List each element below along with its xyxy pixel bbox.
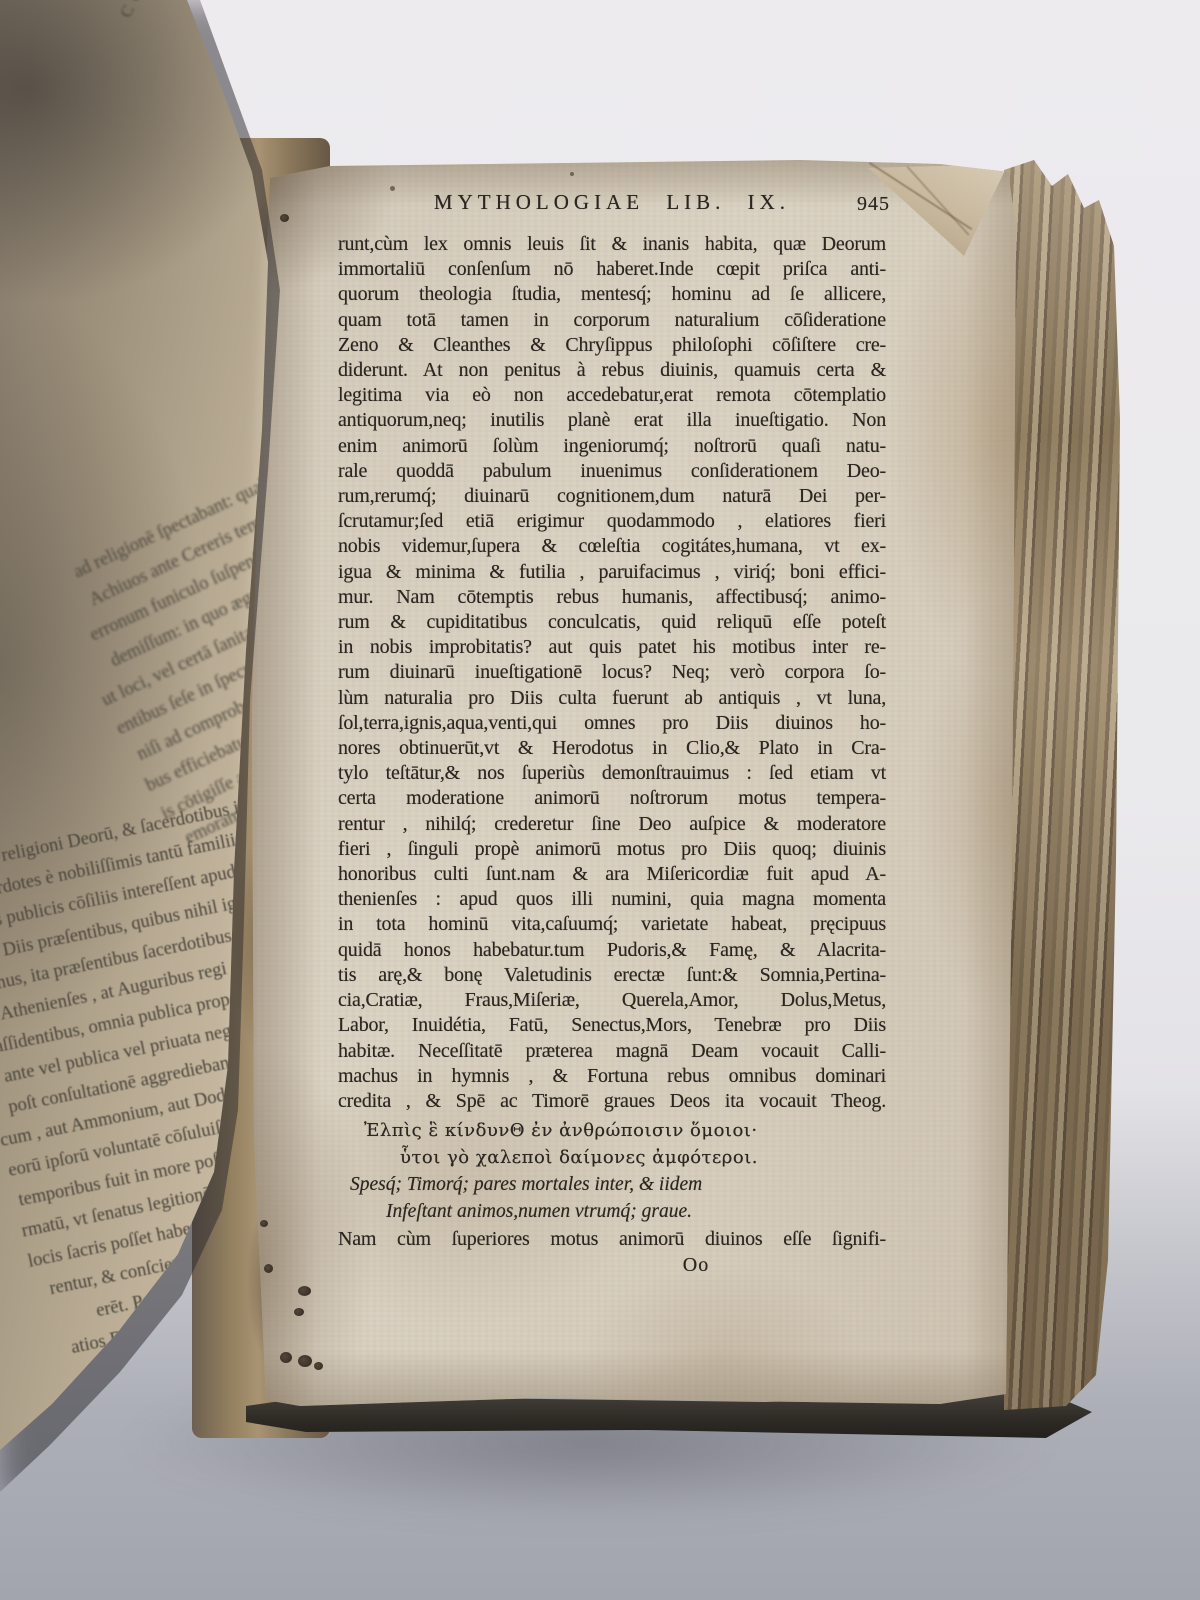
body-text-line: cia,Cratiæ, Fraus,Miſeriæ, Querela,Amor,… xyxy=(338,988,886,1013)
ink-speck xyxy=(390,186,395,191)
worm-hole xyxy=(298,1286,311,1296)
greek-quote-line: Ἐλπὶς ἓ κίνδυνΘ ἐν ἀνθρώποισιν ὅμοιοι· xyxy=(364,1117,886,1144)
photo-of-open-antique-book: MYTHOLOGIAE LIB. IX. 945 runt,cùm lex om… xyxy=(0,0,1200,1600)
body-text-line: rale quoddā pabulum inuenimus conſiderat… xyxy=(338,459,886,484)
body-text-line: tis arę,& bonę Valetudinis erectæ ſunt:&… xyxy=(338,963,886,988)
closing-text-line: Nam cùm ſuperiores motus animorū diuinos… xyxy=(338,1226,886,1252)
worm-hole xyxy=(298,1355,312,1367)
body-text-line: rum,rerumq́; diuinarū cognitionem,dum na… xyxy=(338,484,886,509)
body-text-line: thenienſes : apud quos illi numini, quia… xyxy=(338,887,886,912)
body-text-line: Labor, Inuidétia, Fatū, Senectus,Mors, T… xyxy=(338,1013,886,1038)
latin-verse-line: Infeſtant animos,numen vtrumq́; graue. xyxy=(386,1198,886,1225)
body-text-line: quorum theologia ſtudia, mentesq́; homin… xyxy=(338,282,886,307)
worm-hole xyxy=(264,1264,273,1273)
body-text-line: diderunt. At non penitus à rebus diuinis… xyxy=(338,358,886,383)
body-text-line: tylo teſtātur,& nos ſuperiùs demonſtraui… xyxy=(338,761,886,786)
printed-text-block: MYTHOLOGIAE LIB. IX. 945 runt,cùm lex om… xyxy=(338,190,886,1277)
ink-speck xyxy=(570,172,574,176)
body-text-line: rum & cupiditatibus conculcatis, quid re… xyxy=(338,610,886,635)
body-text-line: fieri , ſinguli propè animorū motus pro … xyxy=(338,837,886,862)
body-text-line: lùm naturalia pro Diis culta fuerunt ab … xyxy=(338,686,886,711)
worm-hole xyxy=(280,1352,292,1363)
body-text-line: igua & minima & futilia , paruifacimus ,… xyxy=(338,560,886,585)
body-text-line: Zeno & Cleanthes & Chryſippus philoſophi… xyxy=(338,333,886,358)
recto-page: MYTHOLOGIAE LIB. IX. 945 runt,cùm lex om… xyxy=(240,156,1018,1412)
catchword-signature: Oo xyxy=(338,1254,886,1277)
body-text-line: rentur , nihilq́; crederetur ſine Deo au… xyxy=(338,812,886,837)
header-title: MYTHOLOGIAE LIB. IX. xyxy=(434,190,790,214)
page-number: 945 xyxy=(857,193,890,216)
body-text-line: in tota hominū vita,caſuumq́; varietate … xyxy=(338,912,886,937)
fore-edge-page-stack xyxy=(1004,160,1120,1410)
body-text-line: nobis videmur,ſupera & cœleſtia cogitáte… xyxy=(338,534,886,559)
verso-running-header-fragment: COMITIS xyxy=(116,0,234,21)
body-text-line: quidā honos habebatur.tum Pudoris,& Famę… xyxy=(338,938,886,963)
body-text-line: ſcrutamur;ſed etiā erigimur quodammodo ,… xyxy=(338,509,886,534)
body-text-line: habitæ. Neceſſitatē præterea magnā Deam … xyxy=(338,1039,886,1064)
body-text-line: enim animorū ſolùm ingeniorumq́; noſtror… xyxy=(338,434,886,459)
worm-hole xyxy=(260,1220,268,1227)
body-text-line: mur. Nam cōtemptis rebus humanis, affect… xyxy=(338,585,886,610)
body-text-line: quam totā tamen in corporum naturalium c… xyxy=(338,308,886,333)
body-text-line: antiquorum,neq; inutilis planè erat illa… xyxy=(338,408,886,433)
body-text-line: rum diuinarū inueſtigationē locus? Neq; … xyxy=(338,660,886,685)
worm-hole xyxy=(294,1308,304,1316)
body-text-line: immortaliū conſenſum nō haberet.Inde cœp… xyxy=(338,257,886,282)
body-text-line: certa moderatione animorū noſtrorum motu… xyxy=(338,786,886,811)
body-text-line: in nobis improbitatis? aut quis patet hi… xyxy=(338,635,886,660)
body-text-line: legitima via eò non accedebatur,erat rem… xyxy=(338,383,886,408)
latin-verse-line: Spesq́; Timorq́; pares mortales inter, &… xyxy=(350,1171,886,1198)
worm-hole xyxy=(280,214,289,222)
body-text: runt,cùm lex omnis leuis ſit & inanis ha… xyxy=(338,232,886,1114)
body-text-line: credita , & Spē ac Timorē graues Deos it… xyxy=(338,1089,886,1114)
body-text-line: honoribus culti ſunt.nam & ara Miſericor… xyxy=(338,862,886,887)
body-text-line: ſol,terra,ignis,aqua,venti,qui omnes pro… xyxy=(338,711,886,736)
body-text-line: machus in hymnis , & Fortuna rebus omnib… xyxy=(338,1064,886,1089)
body-text-line: runt,cùm lex omnis leuis ſit & inanis ha… xyxy=(338,232,886,257)
body-text-line: nores obtinuerūt,vt & Herodotus in Clio,… xyxy=(338,736,886,761)
running-header: MYTHOLOGIAE LIB. IX. 945 xyxy=(338,190,886,224)
greek-quote-line: ὗτοι γὸ χαλεποὶ δαίμονες ἀμφότεροι. xyxy=(400,1144,886,1171)
worm-hole xyxy=(314,1362,323,1370)
